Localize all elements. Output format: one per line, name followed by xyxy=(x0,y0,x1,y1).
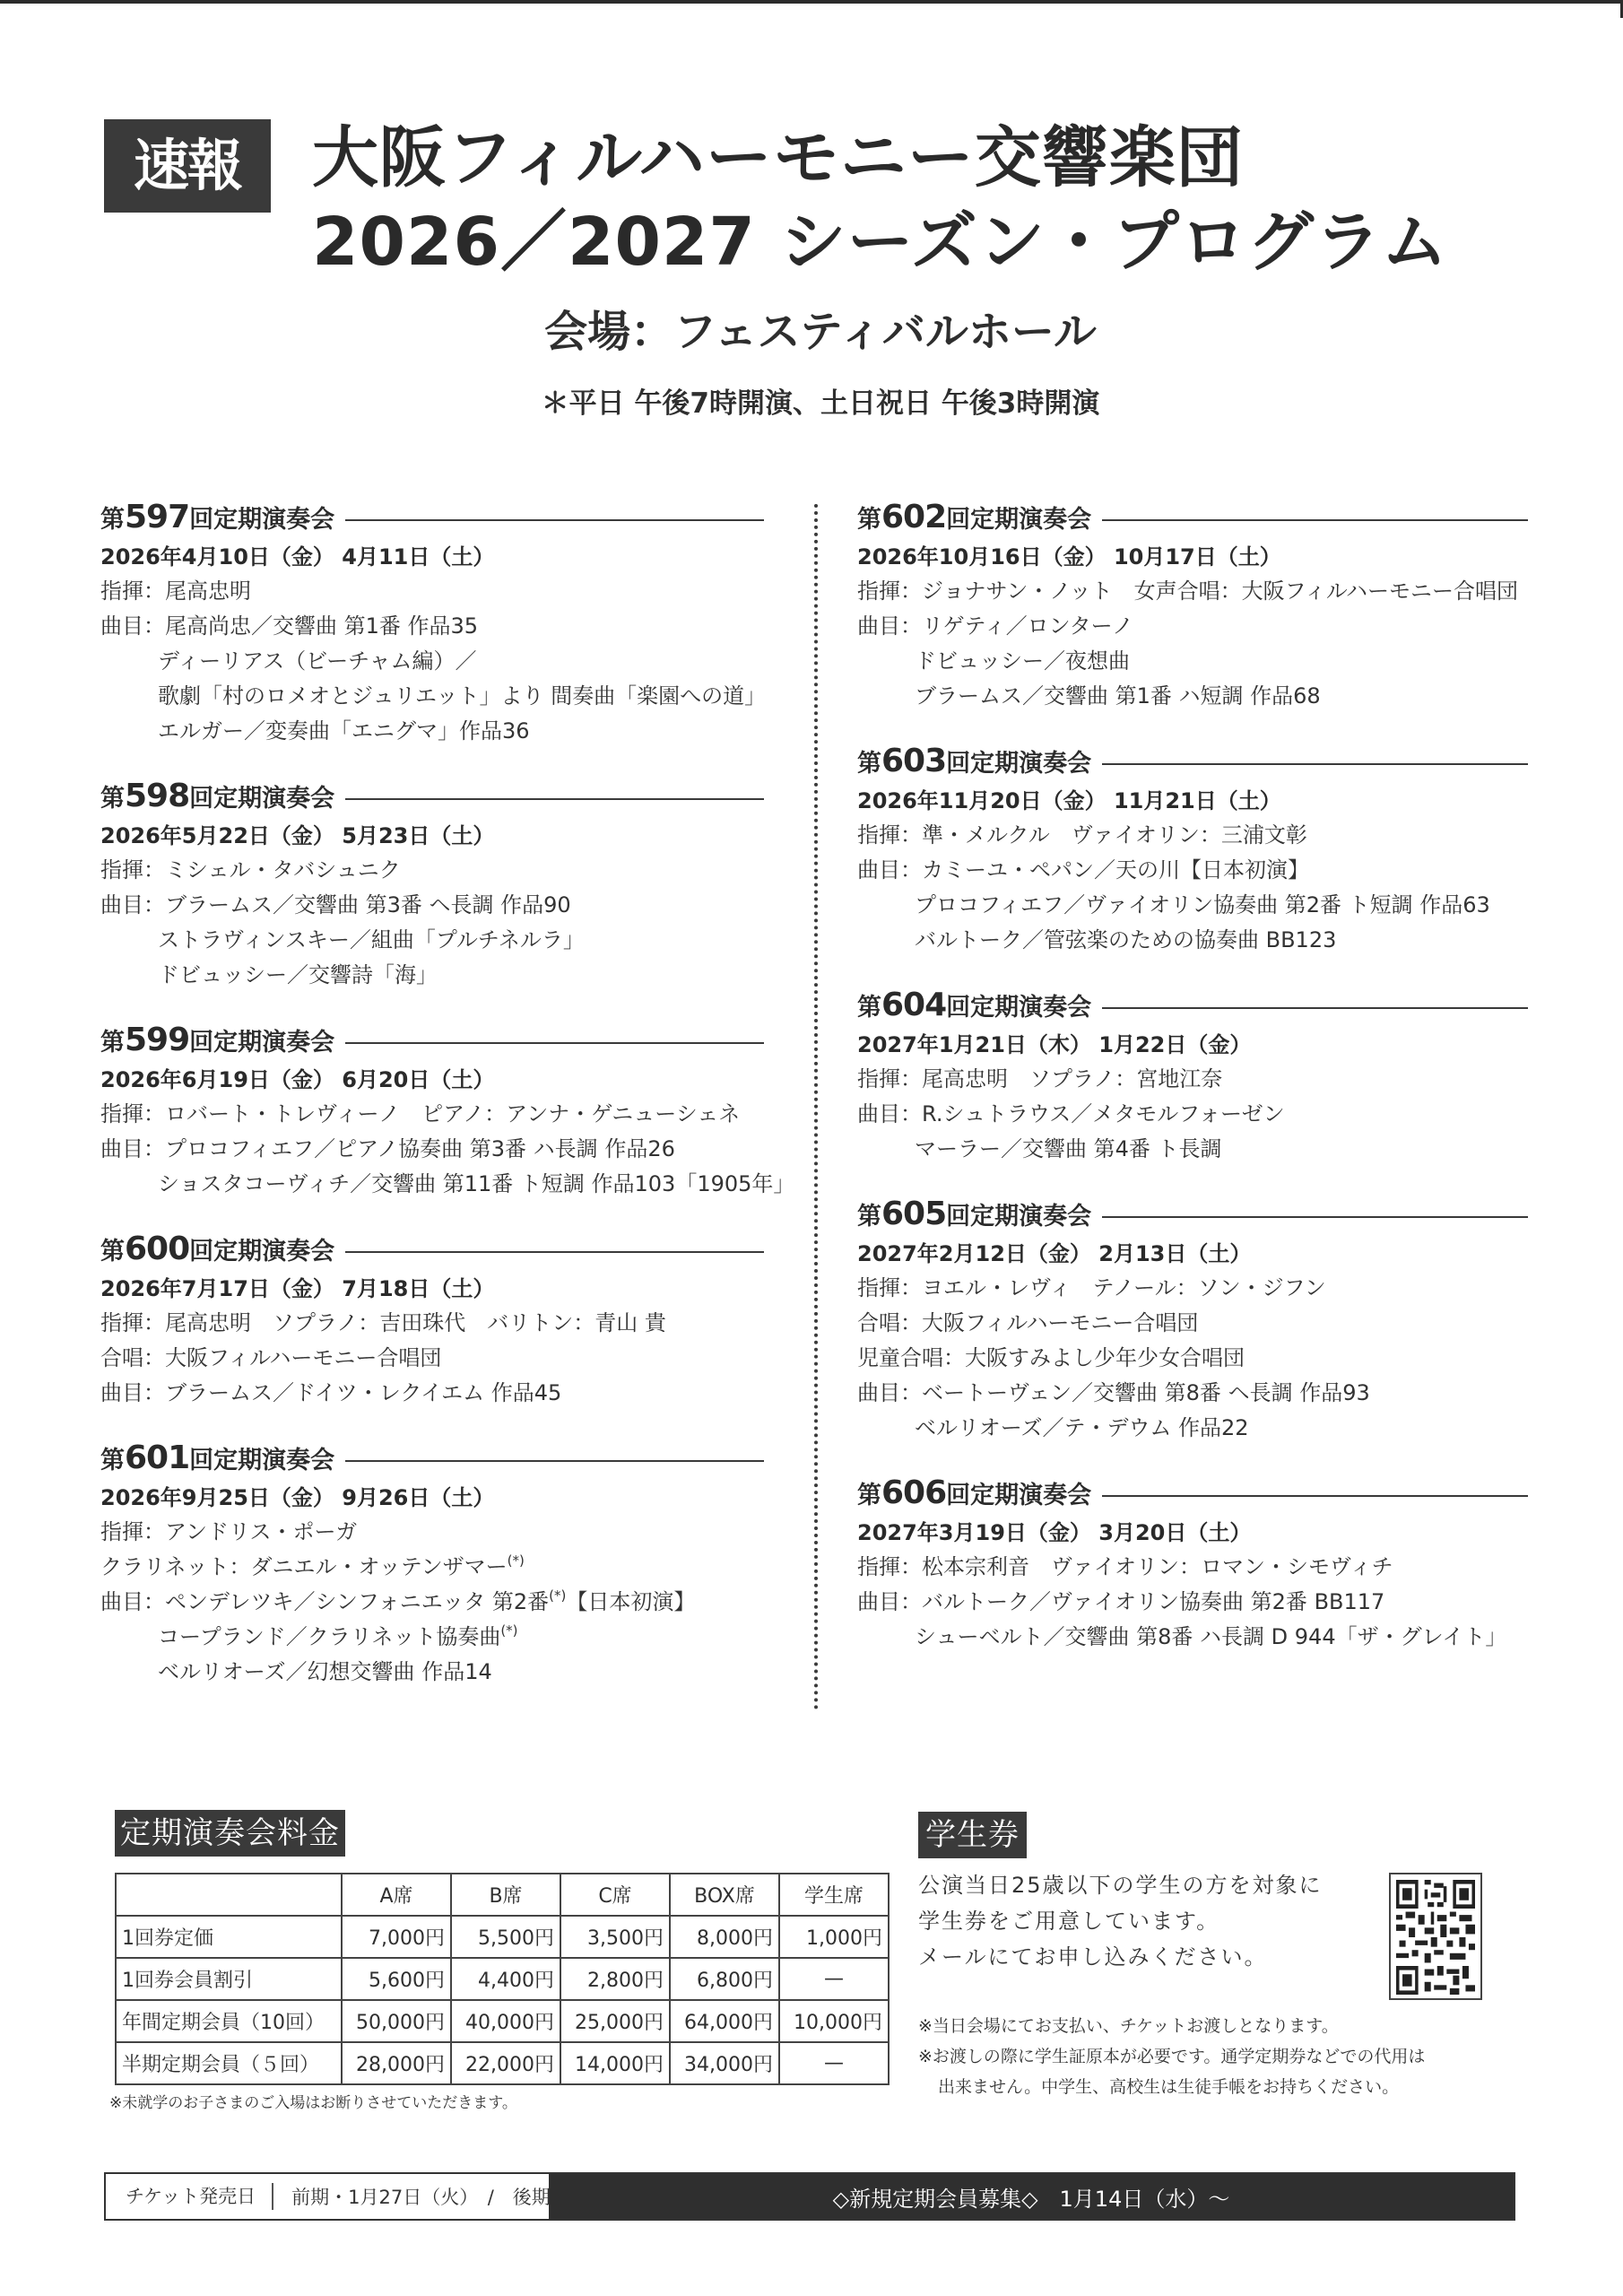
concert-detail-text: ブラームス／交響曲 第1番 ハ短調 作品68 xyxy=(915,683,1321,709)
concert-detail-line: 曲目：リゲティ／ロンターノ xyxy=(857,609,1528,644)
concert-heading: 第605回定期演奏会 xyxy=(857,1197,1528,1233)
concert-heading: 第601回定期演奏会 xyxy=(100,1441,764,1477)
concert-detail-line: ドビュッシー／夜想曲 xyxy=(857,644,1528,679)
concert-detail-line: 曲目：ペンデレツキ／シンフォニエッタ 第2番(*)【日本初演】 xyxy=(100,1585,764,1620)
pricing-cell: 1,000円 xyxy=(779,1916,889,1958)
concert-date: 2026年5月22日（金） 5月23日（土） xyxy=(100,819,764,853)
concert-title-prefix: 第 xyxy=(100,785,125,813)
pricing-row: 半期定期会員（５回）28,000円22,000円14,000円34,000円— xyxy=(116,2042,889,2084)
concert-detail-text: 指揮：ロバート・トレヴィーノ ピアノ：アンナ・ゲニューシェネ xyxy=(100,1101,740,1126)
heading-rule xyxy=(1102,1216,1528,1218)
concert-detail-text: 曲目：尾高尚忠／交響曲 第1番 作品35 xyxy=(100,613,478,639)
pricing-cell: — xyxy=(779,1958,889,2000)
heading-rule xyxy=(1102,519,1528,521)
concert-detail-text: ドビュッシー／交響詩「海」 xyxy=(158,962,438,987)
pricing-header-row: A席 B席 C席 BOX席 学生席 xyxy=(116,1874,889,1916)
concert-detail-line: 曲目：ブラームス／交響曲 第3番 ヘ長調 作品90 xyxy=(100,888,764,923)
heading-rule xyxy=(345,1042,764,1044)
concert-detail-text: 曲目：R.シュトラウス／メタモルフォーゼン xyxy=(857,1101,1285,1126)
concert-detail-line: ショスタコーヴィチ／交響曲 第11番 ト短調 作品103「1905年」 xyxy=(100,1167,764,1202)
concert-detail-line: 歌劇「村のロメオとジュリエット」より 間奏曲「楽園への道」 xyxy=(100,679,764,714)
column-divider xyxy=(814,504,818,1710)
concert-date: 2026年6月19日（金） 6月20日（土） xyxy=(100,1063,764,1097)
concert-block: 第603回定期演奏会2026年11月20日（金） 11月21日（土）指揮：準・メ… xyxy=(857,744,1528,958)
pricing-cell: 25,000円 xyxy=(560,2000,670,2042)
concert-detail-line: ブラームス／交響曲 第1番 ハ短調 作品68 xyxy=(857,679,1528,714)
concert-title-prefix: 第 xyxy=(857,750,881,778)
footnote-marker: (*) xyxy=(549,1587,566,1604)
concert-detail-line: コープランド／クラリネット協奏曲(*) xyxy=(100,1620,764,1655)
pricing-cell: 10,000円 xyxy=(779,2000,889,2042)
concert-title: 第600回定期演奏会 xyxy=(100,1231,334,1270)
pricing-header-b: B席 xyxy=(451,1874,560,1916)
pricing-cell: 22,000円 xyxy=(451,2042,560,2084)
heading-rule xyxy=(345,798,764,800)
page-title-season: 2026／2027 シーズン・プログラム xyxy=(312,197,1448,287)
concert-title-suffix: 回定期演奏会 xyxy=(189,1029,334,1057)
concert-detail-line: ストラヴィンスキー／組曲「プルチネルラ」 xyxy=(100,923,764,958)
concert-block: 第599回定期演奏会2026年6月19日（金） 6月20日（土）指揮：ロバート・… xyxy=(100,1023,764,1202)
concert-title-suffix: 回定期演奏会 xyxy=(189,506,334,534)
concert-detail-line: 指揮：ロバート・トレヴィーノ ピアノ：アンナ・ゲニューシェネ xyxy=(100,1097,764,1132)
concert-title: 第603回定期演奏会 xyxy=(857,744,1091,782)
footnote-marker: (*) xyxy=(508,1552,525,1569)
heading-rule xyxy=(1102,763,1528,765)
pricing-cell: 3,500円 xyxy=(560,1916,670,1958)
pricing-cell: 50,000円 xyxy=(342,2000,451,2042)
heading-rule xyxy=(345,1251,764,1253)
concert-detail-line: 曲目：尾高尚忠／交響曲 第1番 作品35 xyxy=(100,609,764,644)
pricing-header-box: BOX席 xyxy=(670,1874,779,1916)
concert-detail-text: 指揮：準・メルクル ヴァイオリン：三浦文彰 xyxy=(857,822,1307,848)
start-time-note: ＊平日 午後7時開演、土日祝日 午後3時開演 xyxy=(0,384,1623,423)
concert-heading: 第602回定期演奏会 xyxy=(857,500,1528,536)
pricing-header-student: 学生席 xyxy=(779,1874,889,1916)
concert-heading: 第598回定期演奏会 xyxy=(100,779,764,815)
venue-line: 会場：フェスティバルホール xyxy=(0,303,1623,361)
concert-title-suffix: 回定期演奏会 xyxy=(946,1482,1091,1509)
pricing-cell: 7,000円 xyxy=(342,1916,451,1958)
concert-title-prefix: 第 xyxy=(100,1238,125,1265)
concert-title-suffix: 回定期演奏会 xyxy=(946,1203,1091,1231)
concert-detail-line: 曲目：ブラームス／ドイツ・レクイエム 作品45 xyxy=(100,1376,764,1411)
concert-title-prefix: 第 xyxy=(100,1447,125,1474)
breaking-news-badge: 速報 xyxy=(104,119,271,213)
concert-detail-text: ドビュッシー／夜想曲 xyxy=(915,648,1130,674)
concert-date: 2026年9月25日（金） 9月26日（土） xyxy=(100,1481,764,1515)
concert-number: 599 xyxy=(125,1022,189,1058)
pricing-table: A席 B席 C席 BOX席 学生席 1回券定価7,000円5,500円3,500… xyxy=(115,1873,890,2085)
concert-detail-text: 合唱：大阪フィルハーモニー合唱団 xyxy=(857,1310,1198,1335)
concert-detail-text: エルガー／変奏曲「エニグマ」作品36 xyxy=(158,718,530,744)
concert-number: 606 xyxy=(881,1474,946,1511)
concert-detail-text: 指揮：尾高忠明 ソプラノ：吉田珠代 バリトン：青山 貴 xyxy=(100,1310,666,1335)
concert-detail-text: ベルリオーズ／幻想交響曲 作品14 xyxy=(158,1659,492,1684)
pricing-header-c: C席 xyxy=(560,1874,670,1916)
concert-date: 2026年4月10日（金） 4月11日（土） xyxy=(100,540,764,574)
concert-detail-text: バルトーク／管弦楽のための協奏曲 BB123 xyxy=(915,927,1336,952)
concert-detail-line: 指揮：準・メルクル ヴァイオリン：三浦文彰 xyxy=(857,818,1528,853)
pricing-cell: 8,000円 xyxy=(670,1916,779,1958)
concert-detail-line: クラリネット：ダニエル・オッテンザマー(*) xyxy=(100,1550,764,1585)
membership-recruitment: ◇新規定期会員募集◇ 1月14日（水）〜 xyxy=(549,2174,1514,2219)
concert-block: 第600回定期演奏会2026年7月17日（金） 7月18日（土）指揮：尾高忠明 … xyxy=(100,1232,764,1411)
pricing-cell: 28,000円 xyxy=(342,2042,451,2084)
concert-detail-line: 指揮：アンドリス・ポーガ xyxy=(100,1515,764,1550)
heading-rule xyxy=(345,1460,764,1462)
concert-column-right: 第602回定期演奏会2026年10月16日（金） 10月17日（土）指揮：ジョナ… xyxy=(857,500,1528,1655)
concert-detail-text: コープランド／クラリネット協奏曲 xyxy=(158,1624,500,1649)
pricing-cell: 5,600円 xyxy=(342,1958,451,2000)
concert-detail-text: 曲目：ペンデレツキ／シンフォニエッタ 第2番 xyxy=(100,1589,549,1614)
concert-detail-line: 曲目：R.シュトラウス／メタモルフォーゼン xyxy=(857,1097,1528,1132)
concert-detail-text: ベルリオーズ／テ・デウム 作品22 xyxy=(915,1415,1249,1440)
pricing-row-label: 半期定期会員（５回） xyxy=(116,2042,342,2084)
concert-title: 第604回定期演奏会 xyxy=(857,987,1091,1026)
student-text-line: 学生券をご用意しています。 xyxy=(918,1903,1384,1939)
page-title-orchestra: 大阪フィルハーモニー交響楽団 xyxy=(312,113,1244,203)
pricing-footnote: ※未就学のお子さまのご入場はお断りさせていただきます。 xyxy=(109,2090,517,2112)
concert-detail-line: 合唱：大阪フィルハーモニー合唱団 xyxy=(100,1341,764,1376)
student-text-line: 公演当日25歳以下の学生の方を対象に xyxy=(918,1867,1384,1903)
concert-detail-line: 合唱：大阪フィルハーモニー合唱団 xyxy=(857,1306,1528,1341)
heading-rule xyxy=(1102,1007,1528,1009)
concert-detail-line: ドビュッシー／交響詩「海」 xyxy=(100,958,764,993)
concert-block: 第604回定期演奏会2027年1月21日（木） 1月22日（金）指揮：尾高忠明 … xyxy=(857,988,1528,1167)
ticket-sale-label: チケット発売日 xyxy=(106,2183,273,2210)
page-top-edge xyxy=(0,0,1623,4)
concert-title: 第597回定期演奏会 xyxy=(100,500,334,538)
concert-detail-line: 指揮：ミシェル・タバシュニク xyxy=(100,853,764,888)
concert-title-suffix: 回定期演奏会 xyxy=(189,785,334,813)
concert-detail-line: 曲目：バルトーク／ヴァイオリン協奏曲 第2番 BB117 xyxy=(857,1585,1528,1620)
concert-title-prefix: 第 xyxy=(100,506,125,534)
concert-heading: 第606回定期演奏会 xyxy=(857,1476,1528,1512)
concert-title-suffix: 回定期演奏会 xyxy=(946,506,1091,534)
concert-detail-line: シューベルト／交響曲 第8番 ハ長調 D 944「ザ・グレイト」 xyxy=(857,1620,1528,1655)
concert-detail-text: ディーリアス（ビーチャム編）／ xyxy=(158,648,476,674)
concert-number: 602 xyxy=(881,499,946,535)
concert-title-prefix: 第 xyxy=(857,1482,881,1509)
concert-block: 第601回定期演奏会2026年9月25日（金） 9月26日（土）指揮：アンドリス… xyxy=(100,1441,764,1690)
pricing-cell: 40,000円 xyxy=(451,2000,560,2042)
concert-detail-text: 指揮：尾高忠明 xyxy=(100,578,251,604)
concert-date: 2027年2月12日（金） 2月13日（土） xyxy=(857,1237,1528,1271)
concert-heading: 第604回定期演奏会 xyxy=(857,988,1528,1024)
concert-detail-line: 指揮：ジョナサン・ノット 女声合唱：大阪フィルハーモニー合唱団 xyxy=(857,574,1528,609)
concert-detail-text: クラリネット：ダニエル・オッテンザマー xyxy=(100,1554,508,1579)
concert-detail-text: 曲目：プロコフィエフ／ピアノ協奏曲 第3番 ハ長調 作品26 xyxy=(100,1136,675,1161)
heading-rule xyxy=(345,519,764,521)
concert-detail-text: 曲目：バルトーク／ヴァイオリン協奏曲 第2番 BB117 xyxy=(857,1589,1384,1614)
pricing-header-a: A席 xyxy=(342,1874,451,1916)
concert-detail-text: プロコフィエフ／ヴァイオリン協奏曲 第2番 ト短調 作品63 xyxy=(915,892,1490,918)
concert-heading: 第599回定期演奏会 xyxy=(100,1023,764,1059)
concert-date: 2027年3月19日（金） 3月20日（土） xyxy=(857,1516,1528,1550)
concert-detail-line: 曲目：カミーユ・ペパン／天の川【日本初演】 xyxy=(857,853,1528,888)
footer-bar: チケット発売日 前期・1月27日（火） / 後期・7月28日（火） ◇新規定期会… xyxy=(104,2172,1515,2221)
concert-detail-line: ベルリオーズ／テ・デウム 作品22 xyxy=(857,1411,1528,1446)
concert-detail-line: ディーリアス（ビーチャム編）／ xyxy=(100,644,764,679)
concert-number: 601 xyxy=(125,1439,189,1476)
concert-detail-text: 指揮：ミシェル・タバシュニク xyxy=(100,857,401,883)
concert-title-prefix: 第 xyxy=(857,1203,881,1231)
concert-detail-text: 歌劇「村のロメオとジュリエット」より 間奏曲「楽園への道」 xyxy=(158,683,766,709)
concert-number: 600 xyxy=(125,1231,189,1267)
concert-title-suffix: 回定期演奏会 xyxy=(946,750,1091,778)
student-note: ※当日会場にてお支払い、チケットお渡しとなります。 xyxy=(918,2011,1528,2041)
student-ticket-notes: ※当日会場にてお支払い、チケットお渡しとなります。 ※お渡しの際に学生証原本が必… xyxy=(918,2011,1528,2102)
concert-number: 597 xyxy=(125,499,189,535)
concert-title-prefix: 第 xyxy=(857,506,881,534)
concert-title: 第605回定期演奏会 xyxy=(857,1196,1091,1235)
concert-detail-text: 曲目：ブラームス／ドイツ・レクイエム 作品45 xyxy=(100,1380,561,1405)
concert-detail-line: マーラー／交響曲 第4番 ト長調 xyxy=(857,1132,1528,1167)
concert-detail-text: 曲目：リゲティ／ロンターノ xyxy=(857,613,1133,639)
concert-detail-text: 合唱：大阪フィルハーモニー合唱団 xyxy=(100,1345,441,1370)
concert-title: 第598回定期演奏会 xyxy=(100,778,334,817)
concert-detail-line: プロコフィエフ／ヴァイオリン協奏曲 第2番 ト短調 作品63 xyxy=(857,888,1528,923)
pricing-cell: — xyxy=(779,2042,889,2084)
concert-detail-text: ストラヴィンスキー／組曲「プルチネルラ」 xyxy=(158,927,585,952)
concert-detail-text: 曲目：ブラームス／交響曲 第3番 ヘ長調 作品90 xyxy=(100,892,571,918)
concert-detail-line: 曲目：プロコフィエフ／ピアノ協奏曲 第3番 ハ長調 作品26 xyxy=(100,1132,764,1167)
concert-detail-text: 児童合唱：大阪すみよし少年少女合唱団 xyxy=(857,1345,1245,1370)
student-note: 出来ません。中学生、高校生は生徒手帳をお持ちください。 xyxy=(918,2072,1528,2102)
concert-date: 2026年7月17日（金） 7月18日（土） xyxy=(100,1272,764,1306)
concert-detail-line: 指揮：尾高忠明 ソプラノ：吉田珠代 バリトン：青山 貴 xyxy=(100,1306,764,1341)
concert-detail-line: ベルリオーズ／幻想交響曲 作品14 xyxy=(100,1655,764,1690)
concert-block: 第605回定期演奏会2027年2月12日（金） 2月13日（土）指揮：ヨエル・レ… xyxy=(857,1197,1528,1446)
concert-title-prefix: 第 xyxy=(857,994,881,1022)
pricing-header-blank xyxy=(116,1874,342,1916)
pricing-row-label: 年間定期会員（10回） xyxy=(116,2000,342,2042)
concert-detail-line: バルトーク／管弦楽のための協奏曲 BB123 xyxy=(857,923,1528,958)
pricing-cell: 14,000円 xyxy=(560,2042,670,2084)
concert-title-suffix: 回定期演奏会 xyxy=(189,1447,334,1474)
concert-detail-line: 児童合唱：大阪すみよし少年少女合唱団 xyxy=(857,1341,1528,1376)
concert-detail-line: 指揮：尾高忠明 ソプラノ：宮地江奈 xyxy=(857,1062,1528,1097)
student-ticket-description: 公演当日25歳以下の学生の方を対象に 学生券をご用意しています。 メールにてお申… xyxy=(918,1867,1384,1975)
pricing-cell: 6,800円 xyxy=(670,1958,779,2000)
concert-block: 第597回定期演奏会2026年4月10日（金） 4月11日（土）指揮：尾高忠明曲… xyxy=(100,500,764,749)
pricing-cell: 2,800円 xyxy=(560,1958,670,2000)
concert-detail-text: 曲目：カミーユ・ペパン／天の川【日本初演】 xyxy=(857,857,1309,883)
pricing-row: 年間定期会員（10回）50,000円40,000円25,000円64,000円1… xyxy=(116,2000,889,2042)
concert-detail-text: 指揮：尾高忠明 ソプラノ：宮地江奈 xyxy=(857,1066,1222,1091)
pricing-row-label: 1回券定価 xyxy=(116,1916,342,1958)
concert-detail-text: 指揮：ヨエル・レヴィ テノール：ソン・ジフン xyxy=(857,1275,1326,1300)
pricing-row: 1回券定価7,000円5,500円3,500円8,000円1,000円 xyxy=(116,1916,889,1958)
heading-rule xyxy=(1102,1495,1528,1497)
concert-title-suffix: 回定期演奏会 xyxy=(946,994,1091,1022)
concert-detail-line: 指揮：ヨエル・レヴィ テノール：ソン・ジフン xyxy=(857,1271,1528,1306)
concert-title-prefix: 第 xyxy=(100,1029,125,1057)
pricing-cell: 34,000円 xyxy=(670,2042,779,2084)
concert-detail-text: 曲目：ベートーヴェン／交響曲 第8番 ヘ長調 作品93 xyxy=(857,1380,1370,1405)
pricing-cell: 4,400円 xyxy=(451,1958,560,2000)
concert-block: 第598回定期演奏会2026年5月22日（金） 5月23日（土）指揮：ミシェル・… xyxy=(100,779,764,993)
student-note: ※お渡しの際に学生証原本が必要です。通学定期券などでの代用は xyxy=(918,2041,1528,2072)
student-text-line: メールにてお申し込みください。 xyxy=(918,1939,1384,1975)
concert-detail-line: 指揮：尾高忠明 xyxy=(100,574,764,609)
concert-heading: 第600回定期演奏会 xyxy=(100,1232,764,1268)
concert-heading: 第603回定期演奏会 xyxy=(857,744,1528,780)
concert-detail-text: シューベルト／交響曲 第8番 ハ長調 D 944「ザ・グレイト」 xyxy=(915,1624,1506,1649)
concert-number: 603 xyxy=(881,743,946,779)
concert-detail-text: 指揮：アンドリス・ポーガ xyxy=(100,1519,357,1544)
concert-detail-line: 曲目：ベートーヴェン／交響曲 第8番 ヘ長調 作品93 xyxy=(857,1376,1528,1411)
concert-date: 2027年1月21日（木） 1月22日（金） xyxy=(857,1028,1528,1062)
concert-title: 第606回定期演奏会 xyxy=(857,1475,1091,1514)
concert-detail-line: 指揮：松本宗利音 ヴァイオリン：ロマン・シモヴィチ xyxy=(857,1550,1528,1585)
pricing-cell: 5,500円 xyxy=(451,1916,560,1958)
concert-title: 第601回定期演奏会 xyxy=(100,1440,334,1479)
qr-code-graphic xyxy=(1396,1880,1475,1995)
concert-block: 第602回定期演奏会2026年10月16日（金） 10月17日（土）指揮：ジョナ… xyxy=(857,500,1528,714)
concert-title: 第599回定期演奏会 xyxy=(100,1022,334,1061)
concert-block: 第606回定期演奏会2027年3月19日（金） 3月20日（土）指揮：松本宗利音… xyxy=(857,1476,1528,1655)
concert-detail-text: ショスタコーヴィチ／交響曲 第11番 ト短調 作品103「1905年」 xyxy=(158,1171,794,1196)
footnote-marker: (*) xyxy=(500,1622,517,1639)
concert-title: 第602回定期演奏会 xyxy=(857,500,1091,538)
concert-title-suffix: 回定期演奏会 xyxy=(189,1238,334,1265)
concert-heading: 第597回定期演奏会 xyxy=(100,500,764,536)
concert-number: 605 xyxy=(881,1196,946,1232)
pricing-cell: 64,000円 xyxy=(670,2000,779,2042)
japan-premiere-tag: 【日本初演】 xyxy=(566,1589,695,1614)
student-ticket-label: 学生券 xyxy=(918,1812,1027,1858)
pricing-row: 1回券会員割引5,600円4,400円2,800円6,800円— xyxy=(116,1958,889,2000)
ticket-sale-info: チケット発売日 前期・1月27日（火） / 後期・7月28日（火） xyxy=(106,2174,549,2219)
concert-date: 2026年10月16日（金） 10月17日（土） xyxy=(857,540,1528,574)
concert-detail-text: マーラー／交響曲 第4番 ト長調 xyxy=(915,1136,1222,1161)
concert-number: 604 xyxy=(881,987,946,1023)
concert-number: 598 xyxy=(125,778,189,814)
pricing-row-label: 1回券会員割引 xyxy=(116,1958,342,2000)
concert-column-left: 第597回定期演奏会2026年4月10日（金） 4月11日（土）指揮：尾高忠明曲… xyxy=(100,500,764,1690)
qr-code-icon[interactable] xyxy=(1389,1873,1482,2000)
concert-detail-text: 指揮：松本宗利音 ヴァイオリン：ロマン・シモヴィチ xyxy=(857,1554,1393,1579)
concert-detail-text: 指揮：ジョナサン・ノット 女声合唱：大阪フィルハーモニー合唱団 xyxy=(857,578,1518,604)
concert-detail-line: エルガー／変奏曲「エニグマ」作品36 xyxy=(100,714,764,749)
concert-date: 2026年11月20日（金） 11月21日（土） xyxy=(857,784,1528,818)
pricing-section-label: 定期演奏会料金 xyxy=(115,1810,345,1857)
